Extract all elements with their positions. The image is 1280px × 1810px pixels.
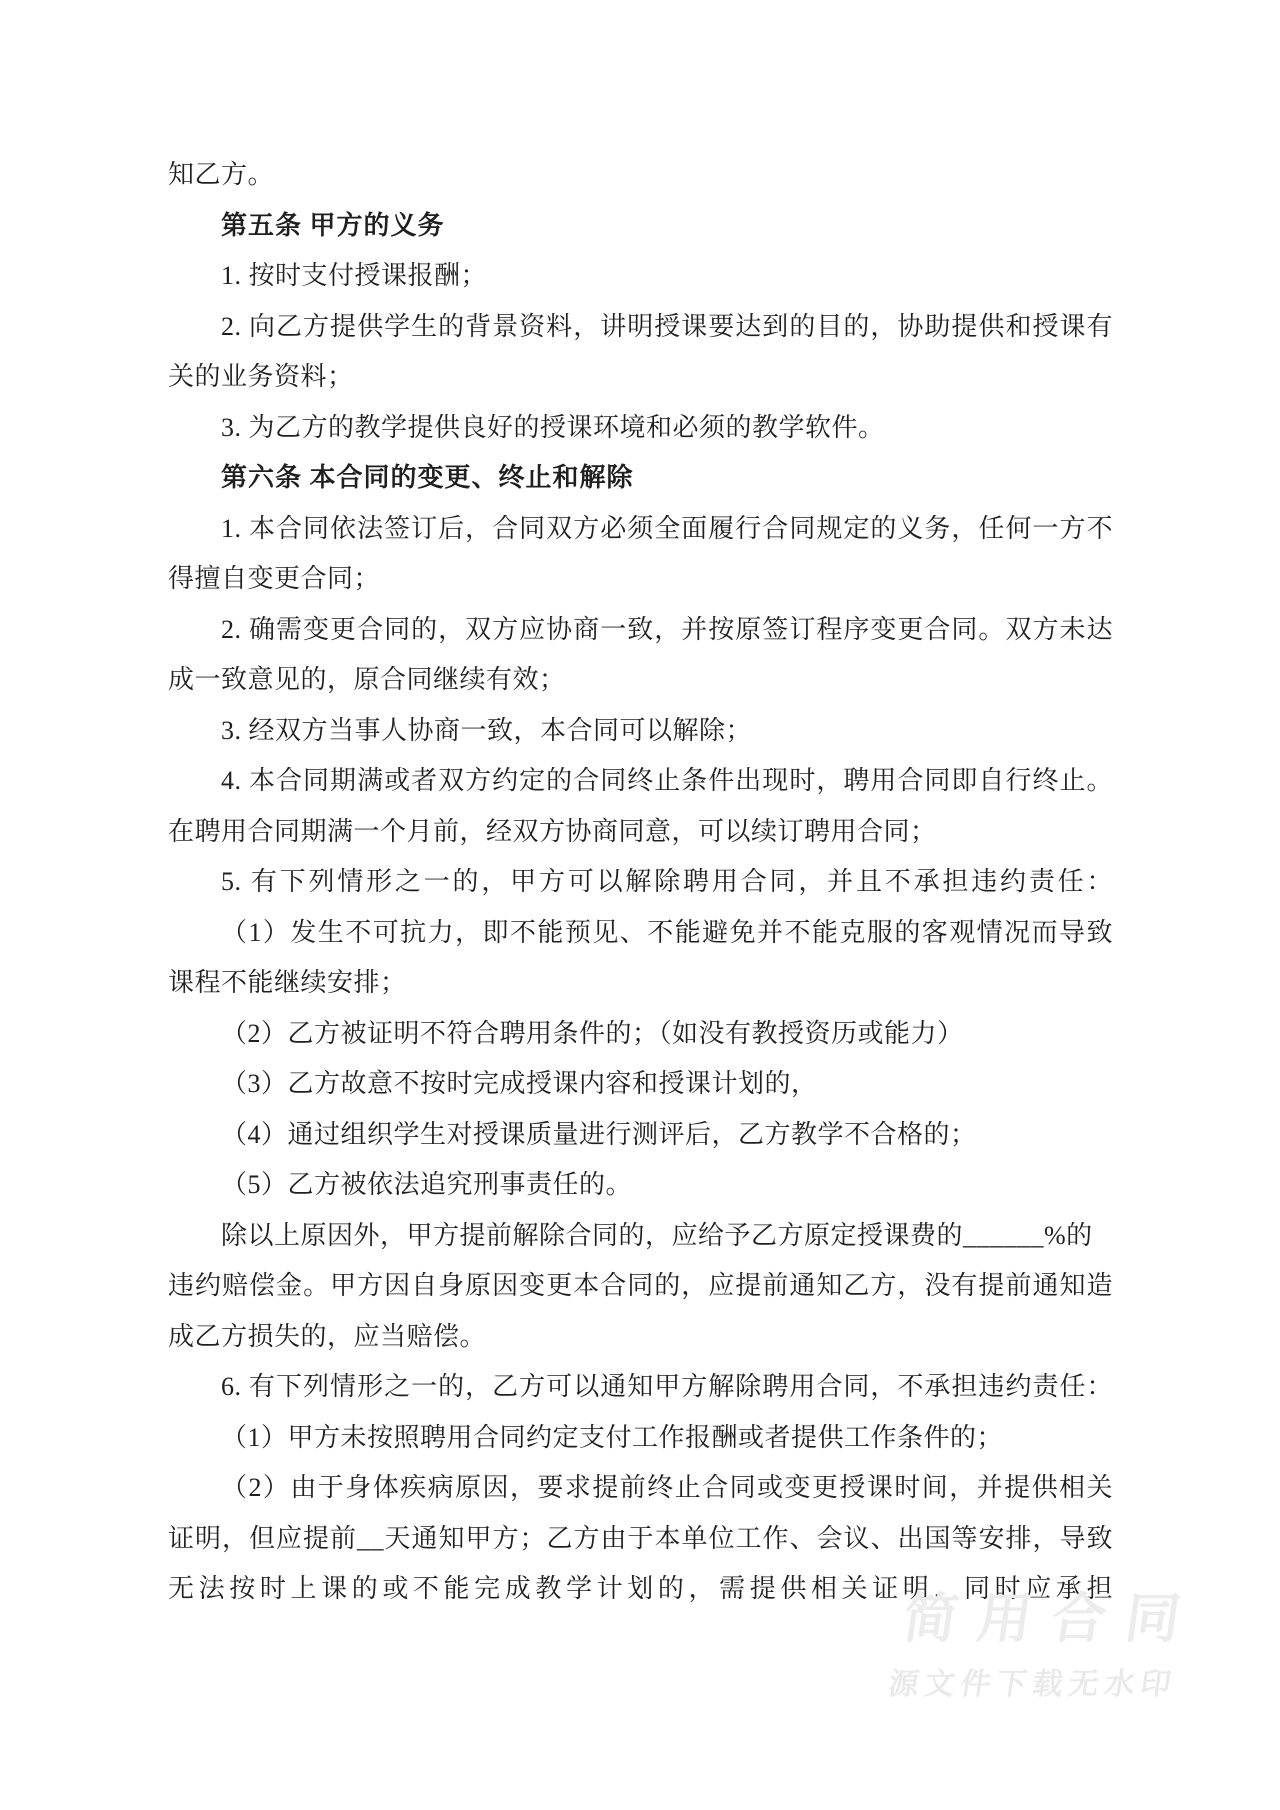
contract-body: 知乙方。 第五条 甲方的义务 1. 按时支付授课报酬； 2. 向乙方提供学生的背… [168,150,1113,1615]
contract-line: 5. 有下列情形之一的，甲方可以解除聘用合同，并且不承担违约责任： [168,857,1113,908]
contract-line: （4）通过组织学生对授课质量进行测评后，乙方教学不合格的； [168,1110,1113,1161]
contract-line: 除以上原因外，甲方提前解除合同的，应给予乙方原定授课费的______%的 [168,1211,1113,1262]
contract-line: 得擅自变更合同； [168,554,1113,605]
contract-line: 知乙方。 [168,150,1113,201]
contract-line: 无法按时上课的或不能完成教学计划的，需提供相关证明，同时应承担 [168,1564,1113,1615]
contract-line: 2. 确需变更合同的，双方应协商一致，并按原签订程序变更合同。双方未达 [168,605,1113,656]
article-5-heading: 第五条 甲方的义务 [168,201,1113,252]
contract-line: 课程不能继续安排； [168,958,1113,1009]
article-6-heading: 第六条 本合同的变更、终止和解除 [168,453,1113,504]
contract-line: 成一致意见的，原合同继续有效； [168,655,1113,706]
contract-line: 1. 本合同依法签订后，合同双方必须全面履行合同规定的义务，任何一方不 [168,504,1113,555]
contract-line: 证明，但应提前__天通知甲方；乙方由于本单位工作、会议、出国等安排，导致 [168,1514,1113,1565]
contract-line: （1）甲方未按照聘用合同约定支付工作报酬或者提供工作条件的； [168,1413,1113,1464]
contract-line: 4. 本合同期满或者双方约定的合同终止条件出现时，聘用合同即自行终止。 [168,756,1113,807]
contract-line: 成乙方损失的，应当赔偿。 [168,1312,1113,1363]
contract-page: 知乙方。 第五条 甲方的义务 1. 按时支付授课报酬； 2. 向乙方提供学生的背… [0,0,1280,1810]
contract-line: 3. 经双方当事人协商一致，本合同可以解除； [168,706,1113,757]
contract-line: 违约赔偿金。甲方因自身原因变更本合同的，应提前通知乙方，没有提前通知造 [168,1261,1113,1312]
contract-line: 6. 有下列情形之一的，乙方可以通知甲方解除聘用合同，不承担违约责任： [168,1362,1113,1413]
contract-line: （2）乙方被证明不符合聘用条件的；（如没有教授资历或能力） [168,1009,1113,1060]
contract-line: 2. 向乙方提供学生的背景资料，讲明授课要达到的目的，协助提供和授课有 [168,302,1113,353]
contract-line: （3）乙方故意不按时完成授课内容和授课计划的， [168,1059,1113,1110]
contract-line: 关的业务资料； [168,352,1113,403]
contract-line: （1）发生不可抗力，即不能预见、不能避免并不能克服的客观情况而导致 [168,908,1113,959]
contract-line: 3. 为乙方的教学提供良好的授课环境和必须的教学软件。 [168,403,1113,454]
contract-line: 在聘用合同期满一个月前，经双方协商同意，可以续订聘用合同； [168,807,1113,858]
contract-line: （2）由于身体疾病原因，要求提前终止合同或变更授课时间，并提供相关 [168,1463,1113,1514]
contract-line: （5）乙方被依法追究刑事责任的。 [168,1160,1113,1211]
watermark-tagline: 源文件下载无水印 [568,1668,1179,1702]
contract-line: 1. 按时支付授课报酬； [168,251,1113,302]
